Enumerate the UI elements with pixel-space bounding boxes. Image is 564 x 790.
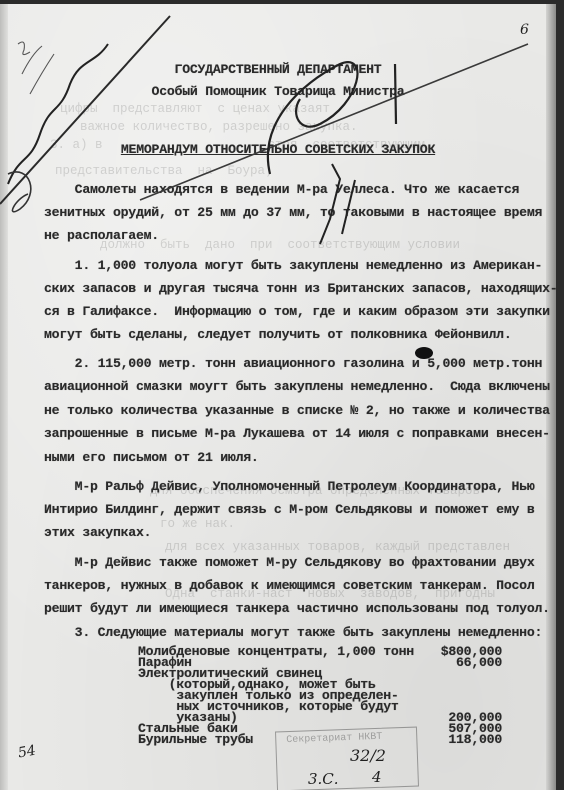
memo-body-line: зенитных орудий, от 25 мм до 37 мм, то т… xyxy=(44,205,542,220)
memo-body-line: не располагаем. xyxy=(44,228,159,243)
material-name: Бурильные трубы xyxy=(138,734,253,746)
margin-number: 54 xyxy=(17,743,37,762)
memo-body-line: ными его письмом от 21 июля. xyxy=(44,450,259,465)
memo-body-line: М-р Дейвис также поможет М-ру Сельдякову… xyxy=(44,555,534,570)
stamp-text: Секретариат НКВТ xyxy=(286,732,382,746)
memo-body-line: М-р Ральф Дейвис, Уполномоченный Петроле… xyxy=(44,479,534,494)
bleed-through-text: го же нак. xyxy=(160,517,235,531)
memo-body-line: не только количества указанные в списке … xyxy=(44,403,550,418)
scanned-document-page: цифры представляют с ценах указаят важно… xyxy=(0,4,556,790)
header-office: Особый Помощник Товарища Министра xyxy=(0,84,556,99)
stamp-handwritten-number-2: 4 xyxy=(372,768,382,786)
material-amount: 118,000 xyxy=(412,734,502,746)
memo-body-line: Интирио Билдинг, держит связь с М-ром Се… xyxy=(44,502,534,517)
memo-body-line: танкеров, нужных в добавок к имеющимся с… xyxy=(44,578,534,593)
handwritten-mark xyxy=(320,164,340,244)
handwritten-mark xyxy=(8,172,31,212)
bleed-through-text: важное количество, разрешено закупка. xyxy=(80,120,358,134)
material-amount: 66,000 xyxy=(412,657,502,669)
memo-body-line: могут быть сделаны, следует получить от … xyxy=(44,327,512,342)
memo-title: МЕМОРАНДУМ ОТНОСИТЕЛЬНО СОВЕТСКИХ ЗАКУПО… xyxy=(0,142,556,157)
page-number: 6 xyxy=(520,22,529,38)
memo-body-line: 1. 1,000 толуола могут быть закуплены не… xyxy=(44,258,542,273)
memo-body-line: 3. Следующие материалы могут также быть … xyxy=(44,625,542,640)
memo-body-line: этих закупках. xyxy=(44,525,151,540)
memo-body-line: авиационной смазки моугт быть закуплены … xyxy=(44,379,550,394)
memo-body-line: ских запасов и другая тысяча тонн из Бри… xyxy=(44,281,556,296)
memo-body-line: 2. 115,000 метр. тонн авиационного газол… xyxy=(44,356,542,371)
bottom-handwritten-note: 3.С. xyxy=(308,770,339,788)
memo-body-line: решит будут ли имеющиеся танкера частичн… xyxy=(44,601,550,616)
bleed-through-text: цифры представляют с ценах указаят xyxy=(60,102,330,116)
bleed-through-text: представительства на Боура) xyxy=(40,164,273,178)
bleed-through-text: для всех указанных товаров, каждый предс… xyxy=(150,540,510,554)
page-edge-left xyxy=(0,4,8,790)
registry-stamp: Секретариат НКВТ xyxy=(275,727,419,790)
memo-body-line: ся в Галифаксе. Информацию о том, где и … xyxy=(44,304,550,319)
page-edge-right xyxy=(546,4,556,790)
stamp-handwritten-number: 32/2 xyxy=(350,746,386,765)
header-department: ГОСУДАРСТВЕННЫЙ ДЕПАРТАМЕНТ xyxy=(0,62,556,77)
signature-icon xyxy=(268,62,396,174)
memo-body-line: Самолеты находятся в ведении М-ра Уеллес… xyxy=(44,182,519,197)
memo-body-line: запрошенные в письме М-ра Лукашева от 14… xyxy=(44,426,550,441)
